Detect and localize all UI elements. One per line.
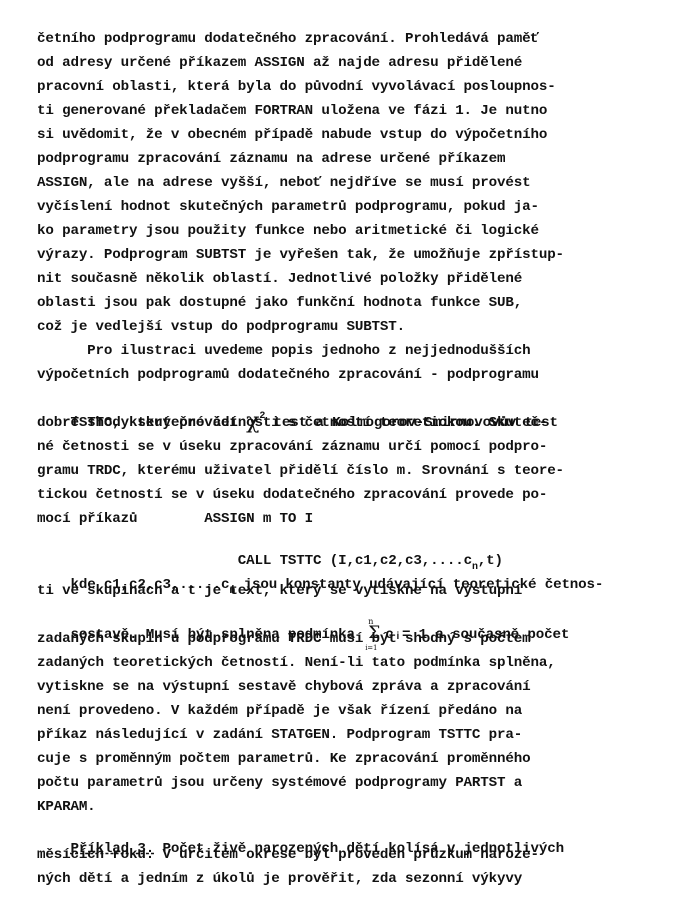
line-12: oblasti jsou pak dostupné jako funkční h… (37, 294, 522, 312)
line-11: nit současně několik oblastí. Jednotlivé… (37, 270, 522, 288)
line-03: pracovní oblasti, která byla do původní … (37, 78, 556, 96)
line-19: gramu TRDC, kterému uživatel přidělí čís… (37, 462, 564, 480)
line-21-assign: mocí příkazů ASSIGN m TO I (37, 510, 313, 528)
line-09: ko parametry jsou použity funkce nebo ar… (37, 222, 539, 240)
line-36: ných dětí a jedním z úkolů je prověřit, … (37, 870, 522, 888)
line-28: vytiskne se na výstupní sestavě chybová … (37, 678, 530, 696)
line-05: si uvědomit, že v obecném případě nabude… (37, 126, 547, 144)
line-15: výpočetních podprogramů dodatečného zpra… (37, 366, 539, 384)
line-26: zadaných skupin u podprogramu TRDC musí … (37, 630, 530, 648)
line-18: né četnosti se v úseku zpracování záznam… (37, 438, 547, 456)
line-08: vyčíslení hodnot skutečných parametrů po… (37, 198, 539, 216)
line-24: ti ve skupinách a t je text, který se vy… (37, 582, 522, 600)
typewritten-page: četního podprogramu dodatečného zpracová… (0, 0, 692, 906)
line-14: Pro ilustraci uvedeme popis jednoho z ne… (37, 342, 530, 360)
line-35: měsících roku. V určitém okrese byl prov… (37, 846, 539, 864)
line-02: od adresy určené příkazem ASSIGN až najd… (37, 54, 522, 72)
line-32: počtu parametrů jsou určeny systémové po… (37, 774, 522, 792)
line-17: dobré shody skutečné četnosti s četností… (37, 414, 547, 432)
line-29: není provedeno. V každém případě je však… (37, 702, 522, 720)
line-10: výrazy. Podprogram SUBTST je vyřešen tak… (37, 246, 564, 264)
sum-upper-limit: n (368, 613, 373, 631)
line-27: zadaných teoretických četností. Není-li … (37, 654, 556, 672)
line-01: četního podprogramu dodatečného zpracová… (37, 30, 539, 48)
line-06: podprogramu zpracování záznamu na adrese… (37, 150, 505, 168)
line-04: ti generované překladačem FORTRAN uložen… (37, 102, 547, 120)
line-07: ASSIGN, ale na adrese vyšší, neboť nejdř… (37, 174, 530, 192)
line-31: cuje s proměnným počtem parametrů. Ke zp… (37, 750, 530, 768)
line-33: KPARAM. (37, 798, 96, 816)
line-20: tickou četností se v úseku dodatečného z… (37, 486, 547, 504)
line-30: příkaz následující v zadání STATGEN. Pod… (37, 726, 522, 744)
line-13: což je vedlejší vstup do podprogramu SUB… (37, 318, 405, 336)
